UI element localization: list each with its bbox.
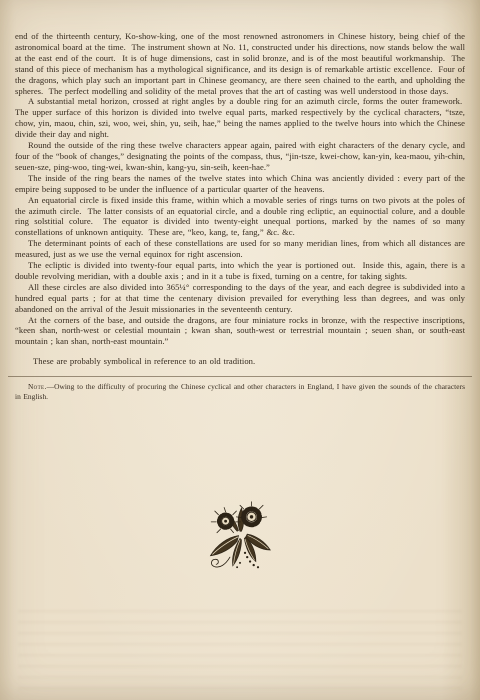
book-page: end of the thirteenth century, Ko-show-k…: [0, 0, 480, 700]
body-text-block: end of the thirteenth century, Ko-show-k…: [15, 31, 465, 402]
body-paragraph: An equatorial circle is fixed inside thi…: [15, 195, 465, 239]
body-paragraph: The inside of the ring bears the names o…: [15, 173, 465, 195]
footnote-rule: [8, 376, 472, 377]
footnote-label: Note.: [28, 382, 47, 391]
page-showthrough-texture: [18, 610, 462, 694]
body-paragraph: All these circles are also divided into …: [15, 282, 465, 315]
closing-sentence: These are probably symbolical in referen…: [15, 356, 465, 367]
footnote: Note.—Owing to the difficulty of procuri…: [15, 382, 465, 401]
floral-tailpiece-ornament-icon: [204, 499, 276, 575]
body-paragraph: Round the outside of the ring these twel…: [15, 140, 465, 173]
body-paragraph: A substantial metal horizon, crossed at …: [15, 96, 465, 140]
body-paragraph: The determinant points of each of these …: [15, 238, 465, 260]
footnote-text: —Owing to the difficulty of procuring th…: [15, 382, 465, 401]
body-paragraph: end of the thirteenth century, Ko-show-k…: [15, 31, 465, 96]
body-paragraph: At the corners of the base, and outside …: [15, 315, 465, 348]
body-paragraph: The ecliptic is divided into twenty-four…: [15, 260, 465, 282]
